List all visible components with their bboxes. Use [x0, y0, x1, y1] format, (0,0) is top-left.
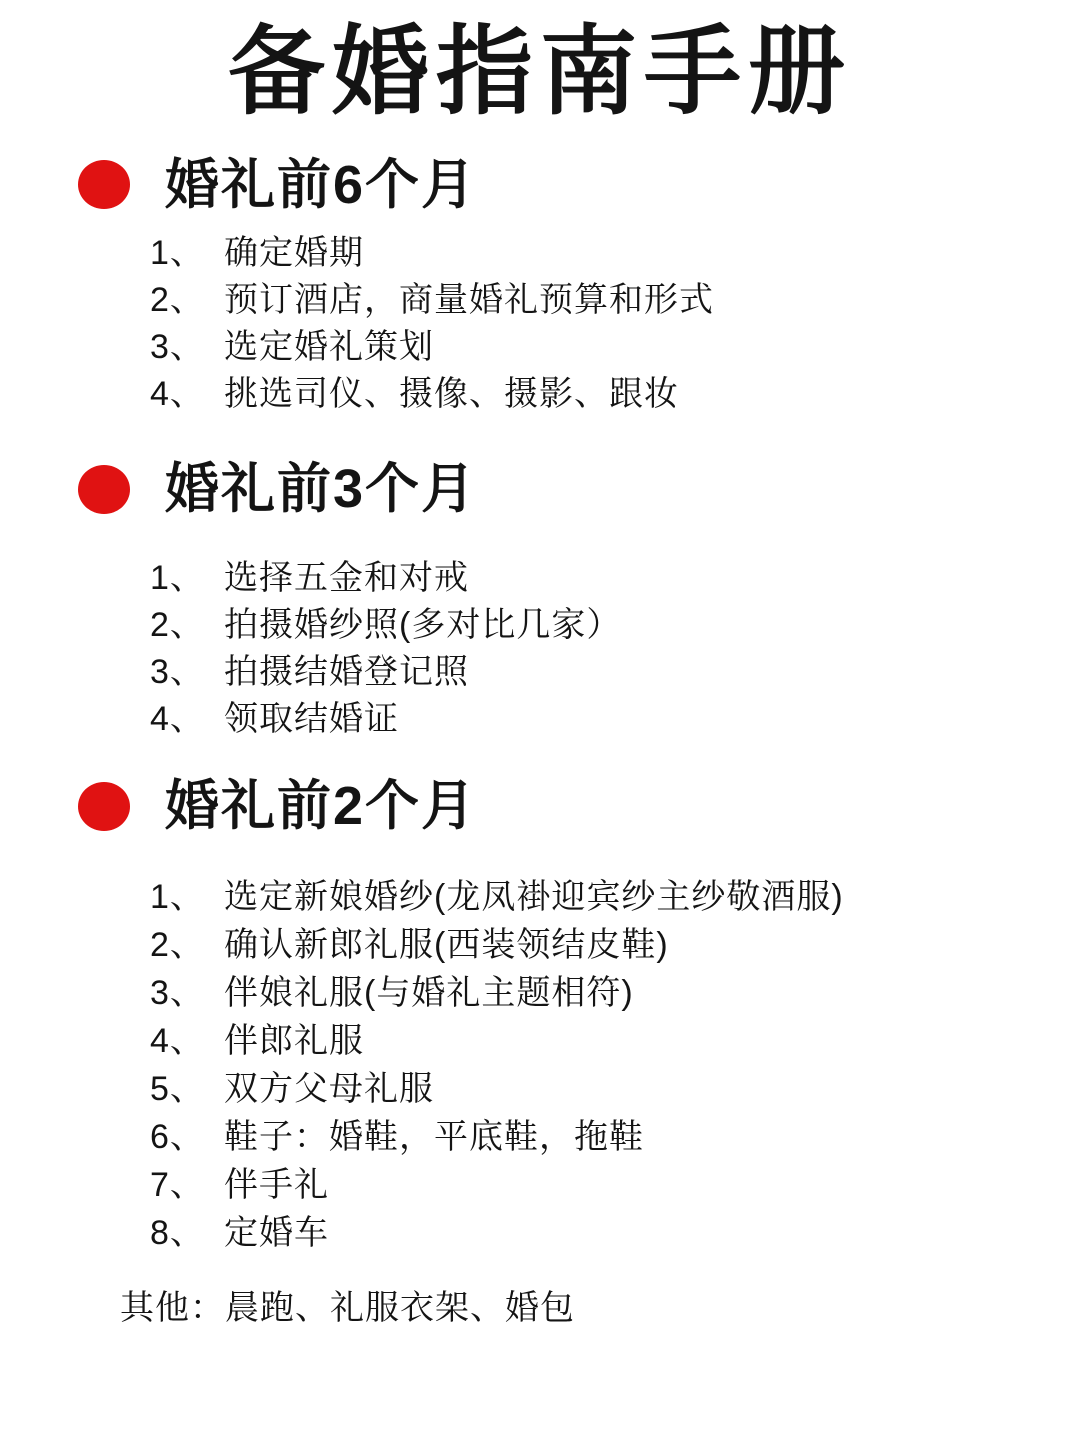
item-text: 定婚车	[224, 1209, 329, 1257]
section-header: 婚礼前2个月	[0, 775, 1080, 838]
item-text: 预订酒店，商量婚礼预算和形式	[224, 277, 714, 324]
checklist-section-2: 婚礼前3个月 1、 选择五金和对戒 2、 拍摄婚纱照(多对比几家） 3、 拍摄结…	[0, 458, 1080, 743]
item-number: 8、	[150, 1209, 224, 1257]
item-number: 6、	[150, 1113, 224, 1161]
item-number: 3、	[150, 649, 224, 696]
item-text: 伴郎礼服	[224, 1017, 364, 1065]
item-number: 2、	[150, 921, 224, 969]
list-item: 5、 双方父母礼服	[150, 1065, 1080, 1113]
list-item: 1、 确定婚期	[150, 230, 1080, 277]
list-item: 2、 预订酒店，商量婚礼预算和形式	[150, 277, 1080, 324]
list-item: 4、 领取结婚证	[150, 696, 1080, 743]
list-item: 1、 选择五金和对戒	[150, 555, 1080, 602]
item-number: 2、	[150, 602, 224, 649]
item-text: 拍摄结婚登记照	[224, 649, 469, 696]
page-title: 备婚指南手册	[0, 16, 1080, 128]
item-text: 领取结婚证	[224, 696, 399, 743]
section-heading: 婚礼前2个月	[165, 775, 477, 838]
list-item: 3、 拍摄结婚登记照	[150, 649, 1080, 696]
sections-container: 婚礼前6个月 1、 确定婚期 2、 预订酒店，商量婚礼预算和形式 3、 选定婚礼…	[0, 154, 1080, 1258]
item-text: 伴娘礼服(与婚礼主题相符)	[224, 969, 634, 1017]
list-item: 4、 挑选司仪、摄像、摄影、跟妆	[150, 371, 1080, 418]
item-text: 伴手礼	[224, 1161, 329, 1209]
checklist-section-1: 婚礼前6个月 1、 确定婚期 2、 预订酒店，商量婚礼预算和形式 3、 选定婚礼…	[0, 154, 1080, 419]
item-number: 1、	[150, 873, 224, 921]
item-text: 确认新郎礼服(西装领结皮鞋)	[224, 921, 669, 969]
section-heading: 婚礼前6个月	[165, 154, 477, 217]
list-item: 4、 伴郎礼服	[150, 1017, 1080, 1065]
item-number: 2、	[150, 277, 224, 324]
list-item: 3、 伴娘礼服(与婚礼主题相符)	[150, 969, 1080, 1017]
section-heading: 婚礼前3个月	[165, 458, 477, 521]
item-number: 7、	[150, 1161, 224, 1209]
list-item: 2、 拍摄婚纱照(多对比几家）	[150, 602, 1080, 649]
item-number: 4、	[150, 696, 224, 743]
footer-note: 其他：晨跑、礼服衣架、婚包	[0, 1285, 1080, 1332]
item-text: 双方父母礼服	[224, 1065, 434, 1113]
item-list: 1、 确定婚期 2、 预订酒店，商量婚礼预算和形式 3、 选定婚礼策划 4、 挑…	[0, 230, 1080, 418]
red-dot-icon	[78, 782, 130, 831]
item-text: 选择五金和对戒	[224, 555, 469, 602]
list-item: 6、 鞋子：婚鞋，平底鞋，拖鞋	[150, 1113, 1080, 1161]
red-dot-icon	[78, 160, 130, 209]
list-item: 8、 定婚车	[150, 1209, 1080, 1257]
item-text: 选定婚礼策划	[224, 324, 434, 371]
item-number: 4、	[150, 1017, 224, 1065]
checklist-page: 备婚指南手册 婚礼前6个月 1、 确定婚期 2、 预订酒店，商量婚礼预算和形式 …	[0, 0, 1080, 1440]
section-header: 婚礼前6个月	[0, 154, 1080, 217]
item-number: 1、	[150, 555, 224, 602]
item-list: 1、 选定新娘婚纱(龙凤褂迎宾纱主纱敬酒服) 2、 确认新郎礼服(西装领结皮鞋)…	[0, 873, 1080, 1257]
red-dot-icon	[78, 465, 130, 514]
list-item: 1、 选定新娘婚纱(龙凤褂迎宾纱主纱敬酒服)	[150, 873, 1080, 921]
item-number: 1、	[150, 230, 224, 277]
list-item: 7、 伴手礼	[150, 1161, 1080, 1209]
item-text: 鞋子：婚鞋，平底鞋，拖鞋	[224, 1113, 644, 1161]
item-number: 3、	[150, 324, 224, 371]
item-text: 确定婚期	[224, 230, 364, 277]
list-item: 2、 确认新郎礼服(西装领结皮鞋)	[150, 921, 1080, 969]
item-number: 5、	[150, 1065, 224, 1113]
list-item: 3、 选定婚礼策划	[150, 324, 1080, 371]
item-text: 选定新娘婚纱(龙凤褂迎宾纱主纱敬酒服)	[224, 873, 844, 921]
item-text: 拍摄婚纱照(多对比几家）	[224, 602, 621, 649]
checklist-section-3: 婚礼前2个月 1、 选定新娘婚纱(龙凤褂迎宾纱主纱敬酒服) 2、 确认新郎礼服(…	[0, 775, 1080, 1258]
item-text: 挑选司仪、摄像、摄影、跟妆	[224, 371, 679, 418]
item-number: 3、	[150, 969, 224, 1017]
section-header: 婚礼前3个月	[0, 458, 1080, 521]
item-number: 4、	[150, 371, 224, 418]
item-list: 1、 选择五金和对戒 2、 拍摄婚纱照(多对比几家） 3、 拍摄结婚登记照 4、…	[0, 555, 1080, 743]
